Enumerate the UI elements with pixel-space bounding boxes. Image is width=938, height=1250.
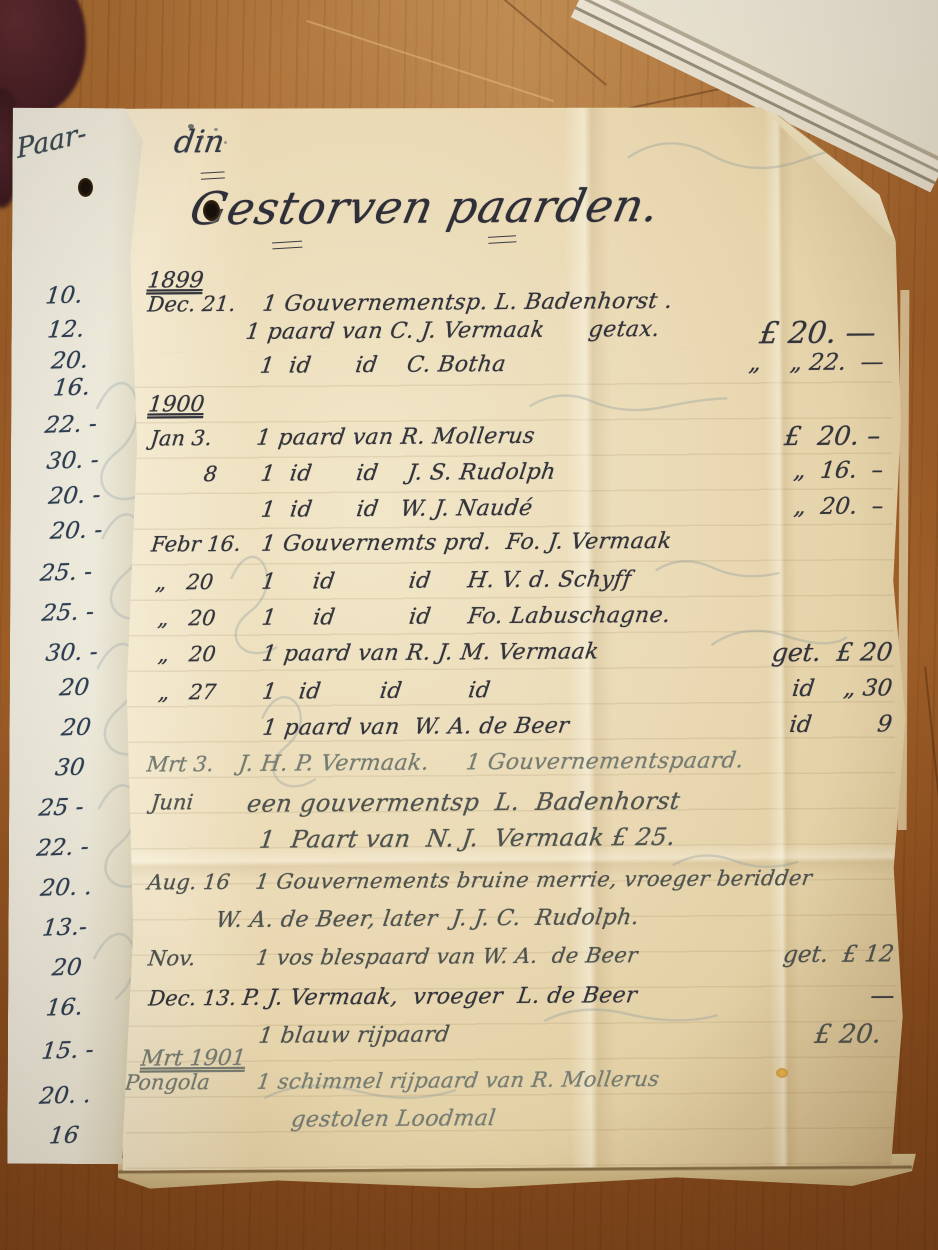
ledger-row: Pongola1 schimmel rijpaard van R. Moller… bbox=[115, 1065, 911, 1105]
row-entry-text: 1 paard van W. A. de Beer bbox=[261, 714, 571, 741]
wax-spot bbox=[776, 1068, 788, 1078]
margin-amount: 30. - bbox=[45, 447, 100, 475]
margin-amount: 16. bbox=[52, 374, 92, 401]
margin-values-column: 10.12.20.16.22. -30. -20. -20. -25. -25.… bbox=[13, 108, 143, 109]
row-amount: £ 20. – bbox=[783, 421, 882, 452]
row-date: „ 27 bbox=[157, 680, 217, 704]
margin-amount: 22. - bbox=[44, 411, 99, 439]
row-amount: „ „ 22. — bbox=[748, 349, 886, 376]
row-entry-text: 1 schimmel rijpaard van R. Mollerus bbox=[255, 1067, 661, 1094]
wood-scratch bbox=[306, 20, 554, 102]
ledger-row: Nov.1 vos blespaard van W. A. de Beerget… bbox=[114, 941, 910, 981]
ledger-row: Dec. 13.P. J. Vermaak, vroeger L. de Bee… bbox=[114, 981, 910, 1021]
row-entry-text: 1 id id H. V. d. Schyff bbox=[260, 567, 633, 595]
row-date: 8 bbox=[203, 462, 219, 486]
row-entry-text: 1 vos blespaard van W. A. de Beer bbox=[255, 943, 640, 970]
row-date: Nov. bbox=[147, 946, 196, 970]
ledger-row: „ 271 id id idid „ 30 bbox=[112, 675, 908, 715]
row-date: Dec. 13. bbox=[147, 986, 237, 1011]
row-date: Febr 16. bbox=[150, 532, 242, 557]
margin-amount: 12. bbox=[46, 316, 86, 343]
row-amount: „ 16. – bbox=[792, 457, 884, 484]
row-entry-text: gestolen Loodmal bbox=[290, 1106, 498, 1132]
ink-speckle bbox=[188, 124, 194, 129]
margin-amount: 25 - bbox=[38, 794, 85, 821]
corner-note: din bbox=[172, 124, 227, 160]
row-amount: „ 20. – bbox=[792, 493, 884, 520]
margin-amount: 15. - bbox=[40, 1037, 95, 1065]
row-entry-text: 1 Gouvernements bruine merrie, vroeger b… bbox=[254, 866, 814, 894]
page-title: Gestorven paarden. bbox=[186, 179, 665, 235]
margin-amount: 20. - bbox=[49, 517, 104, 545]
underline-mark bbox=[201, 171, 225, 179]
margin-amount: 13.- bbox=[41, 914, 88, 941]
ink-speckle bbox=[176, 144, 179, 147]
ledger-page: din Gestorven paarden. 1899Dec. 21.1 Gou… bbox=[108, 103, 911, 1171]
punch-hole bbox=[203, 200, 220, 221]
row-entry-text: 1 id id W. J. Naudé bbox=[259, 496, 534, 523]
row-amount: id „ 30 bbox=[791, 675, 894, 702]
ledger-row: Mrt 3.J. H. P. Vermaak. 1 Gouvernementsp… bbox=[113, 747, 909, 787]
margin-amount: 30 bbox=[54, 755, 86, 782]
row-date: „ 20 bbox=[154, 570, 214, 594]
underline-mark bbox=[488, 235, 516, 244]
underline-mark bbox=[272, 241, 302, 250]
ledger-rows: 1899Dec. 21.1 Gouvernementsp. L. Badenho… bbox=[108, 103, 904, 109]
ledger-row: 1 id id C. Botha„ „ 22. — bbox=[110, 349, 906, 389]
margin-amount: 20. . bbox=[38, 1082, 92, 1109]
margin-amount: 20. - bbox=[47, 482, 102, 510]
row-entry-text: 1 id id id bbox=[261, 678, 492, 705]
row-amount: get. £ 20 bbox=[770, 637, 894, 667]
ledger-row: 1 id id W. J. Naudé„ 20. – bbox=[111, 493, 907, 533]
margin-amount: 16 bbox=[48, 1123, 80, 1150]
row-date: 1900 bbox=[147, 392, 205, 417]
margin-amount: 10. bbox=[44, 282, 84, 309]
row-entry-text: 1 id id Fo. Labuschagne. bbox=[260, 603, 672, 631]
row-date: „ 20 bbox=[157, 642, 217, 666]
row-date: 1899 bbox=[146, 268, 204, 293]
photo-of-handwritten-ledger: { "page": { "fold_word": "Paar-", "corne… bbox=[0, 0, 938, 1250]
row-date: Pongola bbox=[124, 1070, 211, 1095]
wood-scratch bbox=[924, 666, 938, 855]
margin-amount: 30. - bbox=[44, 639, 99, 667]
ledger-row: Febr 16.1 Gouvernemts prd. Fo. J. Vermaa… bbox=[111, 527, 907, 567]
margin-amount: 25. - bbox=[39, 559, 94, 587]
row-amount: get. £ 12 bbox=[782, 941, 896, 968]
row-date: Juni bbox=[150, 790, 195, 814]
ledger-row: „ 201 paard van R. J. M. Vermaakget. £ 2… bbox=[112, 637, 908, 677]
ledger-row: 1 paard van W. A. de Beerid 9 bbox=[113, 711, 909, 751]
ledger-row: 81 id id J. S. Rudolph„ 16. – bbox=[111, 457, 907, 497]
ledger-row: 1900 bbox=[110, 387, 906, 427]
row-amount: £ 20. — bbox=[758, 315, 878, 351]
margin-amount: 20. . bbox=[39, 874, 93, 901]
ledger-row: gestolen Loodmal bbox=[115, 1103, 911, 1143]
row-entry-text: 1 paard van R. J. M. Vermaak bbox=[260, 639, 600, 666]
row-entry-text: J. H. P. Vermaak. 1 Gouvernementspaard. bbox=[237, 748, 745, 777]
row-entry-text: 1 id id J. S. Rudolph bbox=[259, 460, 557, 487]
row-date: Aug. 16 bbox=[147, 870, 232, 895]
margin-amount: 20 bbox=[51, 955, 83, 982]
ledger-row: „ 201 id id Fo. Labuschagne. bbox=[112, 601, 908, 641]
row-entry-text: 1 paard van C. J. Vermaak getax. bbox=[244, 317, 661, 345]
folded-margin-strip: 10.12.20.16.22. -30. -20. -20. -25. -25.… bbox=[7, 108, 143, 1165]
row-date: Dec. 21. bbox=[146, 292, 236, 317]
row-entry-text: W. A. de Beer, later J. J. C. Rudolph. bbox=[214, 905, 640, 933]
ink-speckle bbox=[200, 135, 204, 139]
row-entry-text: 1 Paart van N. J. Vermaak £ 25. bbox=[258, 823, 678, 854]
ledger-row: Jan 3.1 paard van R. Mollerus£ 20. – bbox=[111, 421, 907, 461]
row-date: „ 20 bbox=[157, 606, 217, 630]
margin-amount: 16. bbox=[45, 994, 85, 1021]
row-entry-text: 1 id id C. Botha bbox=[258, 352, 507, 379]
row-amount: — bbox=[869, 981, 896, 1009]
row-date: Mrt 1901 bbox=[140, 1046, 247, 1072]
ledger-row: 1 paard van C. J. Vermaak getax.£ 20. — bbox=[110, 315, 906, 355]
margin-amount: 20 bbox=[60, 715, 92, 742]
wood-scratch bbox=[453, 0, 607, 86]
row-entry-text: een gouvermentsp L. Badenhorst bbox=[245, 787, 682, 818]
row-entry-text: 1 Gouvernemts prd. Fo. J. Vermaak bbox=[260, 529, 674, 557]
ledger-row: 1 Paart van N. J. Vermaak £ 25. bbox=[113, 821, 909, 861]
ledger-row: Junieen gouvermentsp L. Badenhorst bbox=[113, 785, 909, 825]
punch-hole bbox=[78, 178, 93, 197]
row-entry-text: P. J. Vermaak, vroeger L. de Beer bbox=[241, 983, 639, 1011]
ledger-row: „ 201 id id H. V. d. Schyff bbox=[112, 565, 908, 605]
margin-amount: 20. bbox=[50, 347, 90, 374]
ledger-row: W. A. de Beer, later J. J. C. Rudolph. bbox=[114, 903, 910, 943]
row-amount: id 9 bbox=[789, 711, 895, 738]
margin-amount: 25. - bbox=[41, 599, 96, 627]
row-entry-text: 1 Gouvernementsp. L. Badenhorst . bbox=[261, 289, 674, 317]
row-date: Jan 3. bbox=[149, 426, 213, 450]
ledger-row: Aug. 161 Gouvernements bruine merrie, vr… bbox=[114, 865, 910, 905]
ink-speckle bbox=[224, 141, 227, 144]
row-entry-text: 1 paard van R. Mollerus bbox=[255, 424, 537, 451]
margin-amount: 22. - bbox=[35, 834, 90, 862]
ink-speckle bbox=[214, 128, 218, 131]
row-date: Mrt 3. bbox=[146, 752, 215, 776]
margin-amount: 20 bbox=[58, 675, 90, 702]
